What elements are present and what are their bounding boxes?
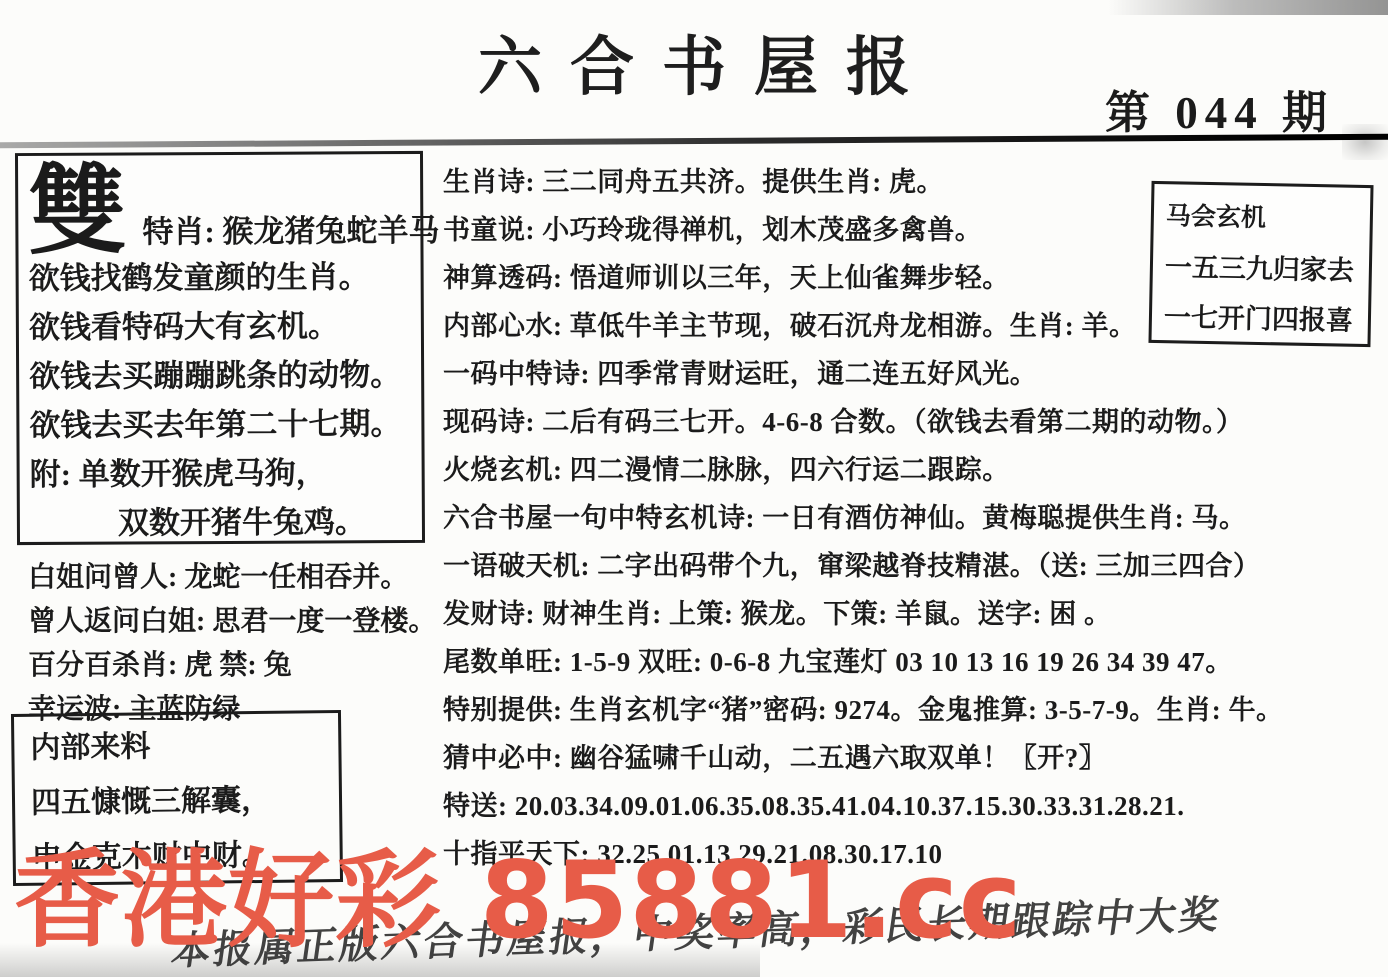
left-notes: 白姐问曾人: 龙蛇一任相吞并。 曾人返问白姐: 思君一度一登楼。 百分百杀肖: … [28, 556, 438, 732]
inside-box-line: 四五慷慨三解囊， [31, 772, 324, 831]
special-line: 欲钱去买去年第二十七期。 [29, 399, 411, 450]
note-line: 百分百杀肖: 虎 禁: 兔 [28, 644, 438, 688]
verse-line: 特送: 20.03.34.09.01.06.35.08.35.41.04.10.… [443, 782, 1388, 830]
verse-line: 一语破天机: 二字出码带个九，窜梁越脊技精湛。（送: 三加三四合） [443, 542, 1388, 590]
special-line: 欲钱去买蹦蹦跳条的动物。 [29, 350, 411, 401]
double-special-box: 雙 特肖: 猴龙猪兔蛇羊马 欲钱找鹤发童颜的生肖。 欲钱看特码大有玄机。 欲钱去… [15, 151, 425, 545]
mahui-box-line: 一五三九归家去 [1164, 242, 1357, 296]
special-line: 双数开猪牛兔鸡。 [30, 497, 412, 548]
verse-line: 现码诗: 二后有码三七开。4-6-8 合数。（欲钱去看第二期的动物。） [443, 398, 1388, 446]
scan-edge-speckle [1342, 124, 1388, 160]
scan-corner-smudge [1108, 0, 1388, 15]
inside-box-title: 内部来料 [30, 717, 323, 776]
header-divider [0, 134, 1388, 149]
verse-line: 一码中特诗: 四季常青财运旺，通二连五好风光。 [443, 350, 1388, 398]
note-line: 曾人返问白姐: 思君一度一登楼。 [28, 600, 438, 644]
verse-line: 发财诗: 财神生肖: 上策: 猴龙。下策: 羊鼠。送字: 困 。 [443, 590, 1388, 638]
special-line: 欲钱看特码大有玄机。 [29, 301, 411, 352]
note-line: 白姐问曾人: 龙蛇一任相吞并。 [28, 556, 438, 600]
verse-line: 尾数单旺: 1-5-9 双旺: 0-6-8 九宝莲灯 03 10 13 16 1… [443, 638, 1388, 686]
mahui-box-title: 马会玄机 [1165, 192, 1358, 246]
special-line: 欲钱找鹤发童颜的生肖。 [29, 252, 411, 303]
mahui-mystery-box: 马会玄机 一五三九归家去 一七开门四报喜 [1148, 181, 1373, 347]
special-line: 附: 单数开猴虎马狗， [30, 448, 412, 499]
mahui-box-line: 一七开门四报喜 [1163, 292, 1356, 346]
verse-line: 火烧玄机: 四二漫情二脉脉，四六行运二跟踪。 [443, 446, 1388, 494]
big-double-character: 雙 [28, 171, 126, 254]
issue-number: 第 044 期 [1105, 76, 1334, 141]
special-zodiac-line: 特肖: 猴龙猪兔蛇羊马 [142, 205, 439, 254]
verse-line: 六合书屋一句中特玄机诗: 一日有酒仿神仙。黄梅聪提供生肖: 马。 [443, 494, 1388, 542]
site-watermark: 香港好彩 85881.cc [14, 846, 1023, 956]
verse-line: 特别提供: 生肖玄机字“猪”密码: 9274。金鬼推算: 3-5-7-9。生肖:… [443, 686, 1388, 734]
verse-line: 猜中必中: 幽谷猛啸千山动，二五遇六取双单！〖开?〗 [443, 734, 1388, 782]
double-box-head: 雙 特肖: 猴龙猪兔蛇羊马 [28, 160, 410, 254]
